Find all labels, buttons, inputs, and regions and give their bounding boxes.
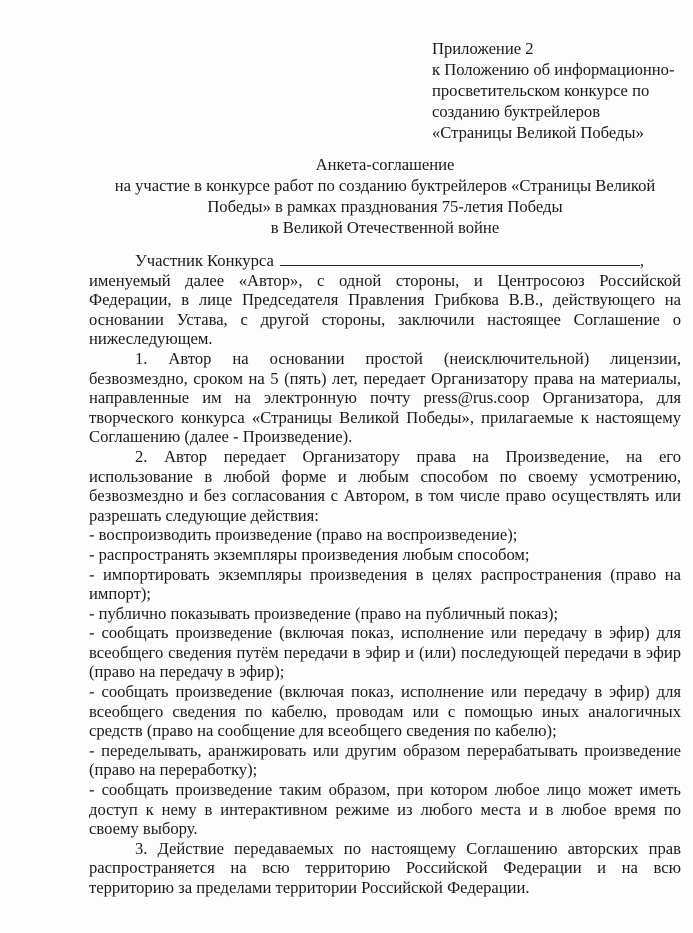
rights-item-cont: всеобщего сведения по кабелю, проводам и…: [89, 702, 681, 722]
rights-item-cont: своему выбору.: [89, 819, 681, 839]
appendix-line: созданию буктрейлеров: [432, 101, 692, 122]
clause-2-line: 2. Автор передает Организатору права на …: [89, 447, 681, 467]
intro-line: нижеследующем.: [89, 329, 681, 349]
appendix-line: «Страницы Великой Победы»: [432, 122, 692, 143]
clause-1-line: направленные им на электронную почту pre…: [89, 388, 681, 408]
intro-line: Федерации, в лице Председателя Правления…: [89, 290, 681, 310]
rights-item: - распространять экземпляры произведения…: [89, 545, 681, 565]
participant-name-field[interactable]: [280, 251, 640, 266]
rights-item-cont: (право на передачу в эфир);: [89, 662, 681, 682]
appendix-line: к Положению об информационно-: [432, 59, 692, 80]
comma: ,: [640, 251, 644, 270]
clause-3-line: территорию за пределами территории Росси…: [89, 878, 681, 898]
rights-item: - импортировать экземпляры произведения …: [89, 565, 681, 585]
clause-1-line: безвозмездно, сроком на 5 (пять) лет, пе…: [89, 369, 681, 389]
appendix-header: Приложение 2 к Положению об информационн…: [432, 38, 692, 143]
rights-item-cont: всеобщего сведения путём передачи в эфир…: [89, 643, 681, 663]
rights-item: - воспроизводить произведение (право на …: [89, 525, 681, 545]
title-line: Победы» в рамках празднования 75-летия П…: [89, 196, 681, 217]
document-body: Участник Конкурса, именуемый далее «Авто…: [89, 251, 681, 898]
rights-item: - сообщать произведение (включая показ, …: [89, 623, 681, 643]
document-page: Приложение 2 к Положению об информационн…: [0, 0, 693, 933]
rights-item-cont: (право на переработку);: [89, 760, 681, 780]
clause-3-line: распространяется на всю территорию Росси…: [89, 858, 681, 878]
clause-1-line: Соглашению (далее - Произведение).: [89, 427, 681, 447]
rights-item: - сообщать произведение (включая показ, …: [89, 682, 681, 702]
document-title: Анкета-соглашение на участие в конкурсе …: [89, 154, 681, 238]
rights-item: - сообщать произведение таким образом, п…: [89, 780, 681, 800]
participant-line: Участник Конкурса,: [89, 251, 681, 271]
clause-1-line: творческого конкурса «Страницы Великой П…: [89, 408, 681, 428]
clause-1-line: 1. Автор на основании простой (неисключи…: [89, 349, 681, 369]
intro-line: именуемый далее «Автор», с одной стороны…: [89, 271, 681, 291]
appendix-line: Приложение 2: [432, 38, 692, 59]
title-line: в Великой Отечественной войне: [89, 217, 681, 238]
intro-line: основании Устава, с другой стороны, закл…: [89, 310, 681, 330]
rights-item: - переделывать, аранжировать или другим …: [89, 741, 681, 761]
rights-item: - публично показывать произведение (прав…: [89, 604, 681, 624]
rights-item-cont: доступ к нему в интерактивном режиме из …: [89, 800, 681, 820]
clause-2-line: разрешать следующие действия:: [89, 506, 681, 526]
appendix-line: просветительском конкурсе по: [432, 80, 692, 101]
title-heading: Анкета-соглашение: [89, 154, 681, 175]
participant-label: Участник Конкурса: [135, 251, 274, 270]
rights-item-cont: средств (право на сообщение для всеобщег…: [89, 721, 681, 741]
clause-2-line: безвозмездно и без согласования с Авторо…: [89, 486, 681, 506]
title-line: на участие в конкурсе работ по созданию …: [89, 175, 681, 196]
clause-2-line: использование в любой форме и любым спос…: [89, 467, 681, 487]
rights-item-cont: импорт);: [89, 584, 681, 604]
clause-3-line: 3. Действие передаваемых по настоящему С…: [89, 839, 681, 859]
